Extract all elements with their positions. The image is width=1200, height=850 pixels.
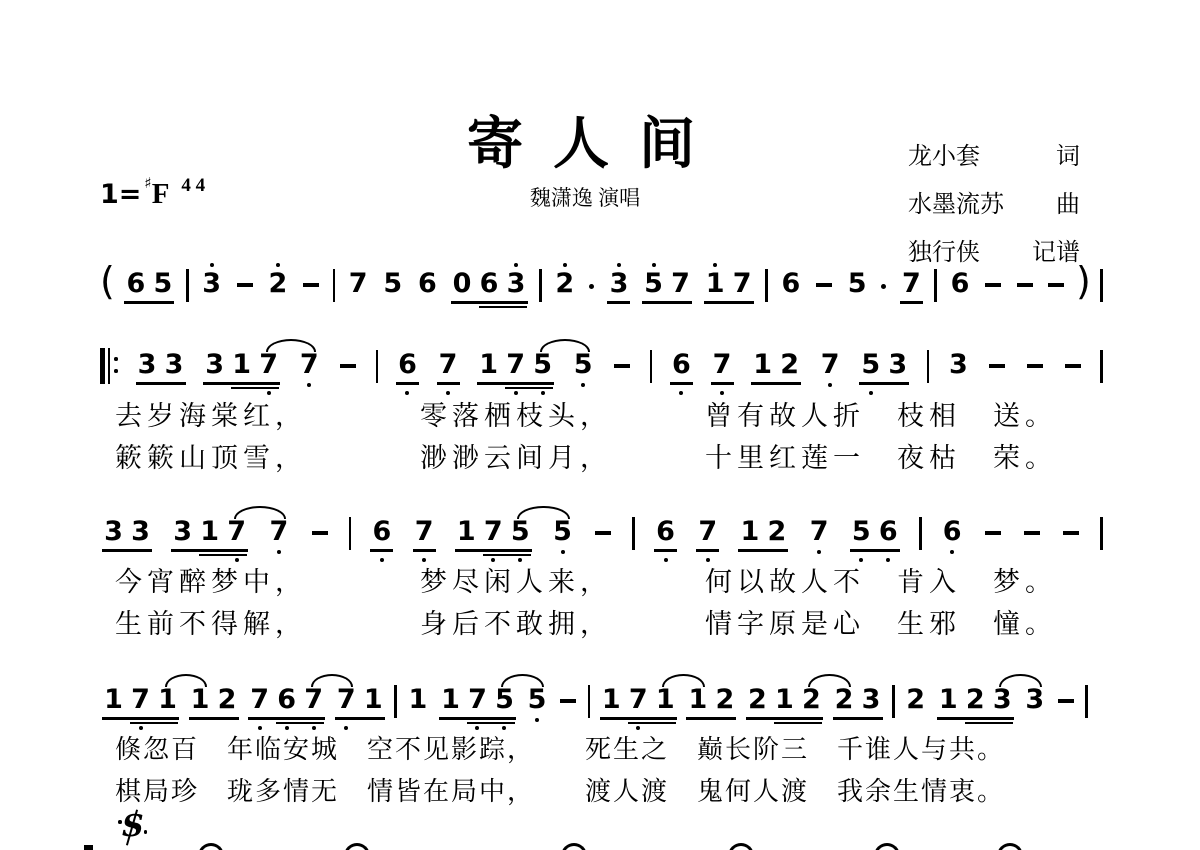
- octave-dot-high: [617, 263, 621, 267]
- next-line-fragment: [84, 845, 93, 850]
- meter-numerator: 4: [181, 175, 191, 196]
- eighth-underline: [102, 717, 179, 720]
- note-number: 5: [507, 519, 534, 545]
- eighth-underline: [642, 301, 692, 304]
- beam-group: 56: [848, 508, 902, 564]
- beam-group: 7: [411, 508, 438, 564]
- lyric-phrase: 生前不得解，: [115, 607, 307, 641]
- note-number: 2: [214, 687, 241, 713]
- meter-denominator: 4: [196, 175, 206, 196]
- beam-group: 33: [100, 508, 154, 564]
- beam-group: 6: [652, 508, 679, 564]
- note-number: 1: [100, 687, 127, 713]
- note-number: 5: [524, 687, 551, 713]
- note: 1: [749, 341, 776, 397]
- lyric-phrase: 棋局珍 珑多情无 情皆在局中，: [115, 775, 535, 809]
- lyric-phrase: 去岁海棠红，: [115, 399, 307, 433]
- sixteenth-underline: [505, 387, 553, 390]
- augmentation-dot: [586, 260, 598, 316]
- note-number: 2: [264, 271, 291, 297]
- octave-dot-low: [380, 558, 384, 562]
- segno-letter: S: [122, 810, 144, 844]
- lyric-phrase: 情字原是心 生邪 憧。: [705, 607, 1057, 641]
- note-number: 7: [411, 519, 438, 545]
- note-number: 1: [935, 687, 962, 713]
- sixteenth-underline: [479, 306, 527, 309]
- lyric-phrase: 渺渺云间月，: [420, 441, 612, 475]
- note-number: 7: [806, 519, 833, 545]
- eighth-underline: [711, 382, 734, 385]
- lyric-row-1: 去岁海棠红，零落栖枝头，曾有故人折 枝相 送。: [0, 399, 1200, 435]
- octave-dot-low: [267, 391, 271, 395]
- note-number: 7: [127, 687, 154, 713]
- octave-dot-low: [817, 550, 821, 554]
- duration-dash: [1044, 260, 1068, 316]
- note: 5: [844, 260, 871, 316]
- note-number: 5: [857, 352, 884, 378]
- next-line-fragment: [344, 843, 370, 850]
- notation-line-verse3: 171127677111755171122122321233: [100, 676, 1090, 732]
- eighth-underline: [670, 382, 693, 385]
- octave-dot-low: [235, 558, 239, 562]
- eighth-underline: [413, 549, 436, 552]
- note-number: 6: [875, 519, 902, 545]
- parenthesis: ): [1076, 261, 1091, 301]
- lyric-phrase: 十里红莲一 夜枯 荣。: [705, 441, 1057, 475]
- note-number: 1: [771, 687, 798, 713]
- note-number: 1: [598, 687, 625, 713]
- note-number: 7: [296, 352, 323, 378]
- note: 3: [134, 341, 161, 397]
- note-number: 3: [198, 271, 225, 297]
- note: 6: [947, 260, 974, 316]
- octave-dot-low: [475, 726, 479, 730]
- octave-dot-high: [276, 263, 280, 267]
- note-number: 7: [694, 519, 721, 545]
- note-number: 7: [255, 352, 282, 378]
- note: 1: [935, 676, 962, 732]
- octave-dot-low: [502, 726, 506, 730]
- octave-dot-low: [307, 383, 311, 387]
- segno-dot: [144, 830, 148, 834]
- beam-group: 17: [702, 260, 756, 316]
- beam-group: 3: [605, 260, 632, 316]
- note-number: 6: [122, 271, 149, 297]
- octave-dot-low: [285, 726, 289, 730]
- eighth-underline: [937, 717, 1014, 720]
- note: 7: [246, 676, 273, 732]
- eighth-underline: [607, 301, 630, 304]
- note-number: 5: [844, 271, 871, 297]
- sixteenth-underline: [628, 722, 676, 725]
- note: 3: [201, 341, 228, 397]
- note-number: 7: [625, 687, 652, 713]
- octave-dot-low: [139, 726, 143, 730]
- beam-group: 6: [668, 341, 695, 397]
- note-number: 5: [529, 352, 556, 378]
- eighth-underline: [203, 382, 280, 385]
- note-number: 7: [333, 687, 360, 713]
- note-number: 1: [702, 271, 729, 297]
- octave-dot-low: [405, 391, 409, 395]
- note-number: 7: [667, 271, 694, 297]
- octave-dot-high: [713, 263, 717, 267]
- eighth-underline: [437, 382, 460, 385]
- next-line-fragment: [874, 843, 900, 850]
- note-number: 3: [884, 352, 911, 378]
- note: 1: [475, 341, 502, 397]
- lyric-phrase: 零落栖枝头，: [420, 399, 612, 433]
- sixteenth-underline: [199, 554, 247, 557]
- note-number: 3: [201, 352, 228, 378]
- duration-dash: [981, 260, 1005, 316]
- barline: [588, 685, 591, 718]
- note: 2: [551, 260, 578, 316]
- sixteenth-underline: [130, 722, 178, 725]
- lyric-row-6: 棋局珍 珑多情无 情皆在局中，渡人渡 鬼何人渡 我余生情衷。: [0, 775, 1200, 811]
- duration-dash: [1020, 508, 1044, 564]
- note: 6: [652, 508, 679, 564]
- note: 1: [404, 676, 431, 732]
- note: 5: [848, 508, 875, 564]
- duration-dash: [591, 508, 615, 564]
- octave-dot-low: [581, 383, 585, 387]
- note-number: 7: [817, 352, 844, 378]
- note: 3: [858, 676, 885, 732]
- note: 1: [100, 676, 127, 732]
- note-number: 1: [652, 687, 679, 713]
- barline: [539, 269, 542, 302]
- octave-dot-low: [886, 558, 890, 562]
- composer-role: 曲: [1056, 184, 1080, 219]
- lyric-phrase: 曾有故人折 枝相 送。: [705, 399, 1057, 433]
- octave-dot-low: [277, 550, 281, 554]
- next-line-fragment: [198, 843, 224, 850]
- note-number: 1: [228, 352, 255, 378]
- key-time-signature: 1= ♯ F 4 4: [100, 178, 205, 212]
- note: 2: [763, 508, 790, 564]
- note: 6: [668, 341, 695, 397]
- barline: [394, 685, 397, 718]
- duration-dash: [812, 260, 836, 316]
- lyric-phrase: 今宵醉梦中，: [115, 565, 307, 599]
- note-number: 3: [100, 519, 127, 545]
- eighth-underline: [850, 549, 900, 552]
- lyric-phrase: 死生之 巅长阶三 千谁人与共。: [585, 733, 1005, 767]
- note-number: 7: [265, 519, 292, 545]
- note: 3: [169, 508, 196, 564]
- octave-dot-low: [446, 391, 450, 395]
- barline: [186, 269, 189, 302]
- eighth-underline: [704, 301, 754, 304]
- barline: [1085, 685, 1088, 718]
- octave-dot-low: [422, 558, 426, 562]
- octave-dot-low: [869, 391, 873, 395]
- eighth-underline: [900, 301, 923, 304]
- sixteenth-underline: [276, 722, 324, 725]
- note: 6: [939, 508, 966, 564]
- eighth-underline: [751, 382, 801, 385]
- beam-group: 7: [709, 341, 736, 397]
- octave-dot-high: [210, 263, 214, 267]
- note-number: 2: [831, 687, 858, 713]
- eighth-underline: [746, 717, 823, 720]
- note: 1: [360, 676, 387, 732]
- octave-dot-low: [636, 726, 640, 730]
- note: 7: [411, 508, 438, 564]
- note-number: 6: [668, 352, 695, 378]
- note: 2: [902, 676, 929, 732]
- note-number: 1: [453, 519, 480, 545]
- note-number: 3: [134, 352, 161, 378]
- note-number: 5: [549, 519, 576, 545]
- barline: [333, 269, 336, 302]
- eighth-underline: [370, 549, 393, 552]
- eighth-underline: [686, 717, 736, 720]
- note-number: 5: [491, 687, 518, 713]
- credit-composer: 水墨流苏 曲: [908, 184, 1080, 219]
- note-number: 1: [749, 352, 776, 378]
- segno-dot: [118, 820, 122, 824]
- note-number: 2: [763, 519, 790, 545]
- eighth-underline: [396, 382, 419, 385]
- barline: [376, 350, 379, 383]
- octave-dot-low: [859, 558, 863, 562]
- note: 6: [368, 508, 395, 564]
- note-number: 3: [858, 687, 885, 713]
- key-prefix: 1=: [100, 178, 141, 212]
- note-number: 1: [187, 687, 214, 713]
- sixteenth-underline: [467, 722, 515, 725]
- octave-dot-high: [652, 263, 656, 267]
- note-number: 3: [605, 271, 632, 297]
- eighth-underline: [455, 549, 532, 552]
- octave-dot-low: [541, 391, 545, 395]
- eighth-underline: [102, 549, 152, 552]
- duration-dash: [299, 260, 323, 316]
- eighth-underline: [696, 549, 719, 552]
- eighth-underline: [738, 549, 788, 552]
- beam-group: 65: [122, 260, 176, 316]
- lyric-row-2: 簌簌山顶雪，渺渺云间月，十里红莲一 夜枯 荣。: [0, 441, 1200, 477]
- octave-dot-low: [950, 550, 954, 554]
- beam-group: 6: [368, 508, 395, 564]
- barline: [632, 517, 635, 550]
- note: 3: [100, 508, 127, 564]
- note-number: 2: [551, 271, 578, 297]
- lyric-phrase: 身后不敢拥，: [420, 607, 612, 641]
- eighth-underline: [136, 382, 186, 385]
- note: 7: [898, 260, 925, 316]
- eighth-underline: [477, 382, 554, 385]
- sharp-icon: ♯: [144, 176, 151, 191]
- key-tonic: F: [152, 178, 170, 210]
- note: 7: [729, 260, 756, 316]
- duration-dash: [308, 508, 332, 564]
- note: 1: [598, 676, 625, 732]
- beam-group: 12: [749, 341, 803, 397]
- augmentation-dot: [878, 260, 890, 316]
- credits-block: 龙小套 词 水墨流苏 曲 独行侠 记谱: [908, 136, 1080, 280]
- duration-dash: [1061, 341, 1085, 397]
- barline: [919, 517, 922, 550]
- note-number: 3: [989, 687, 1016, 713]
- note-number: 3: [127, 519, 154, 545]
- sixteenth-underline: [483, 554, 531, 557]
- note: 1: [736, 508, 763, 564]
- note: 1: [437, 676, 464, 732]
- note: 6: [122, 260, 149, 316]
- octave-dot-low: [535, 718, 539, 722]
- eighth-underline: [600, 717, 677, 720]
- sheet-music-page: 寄 人 间 魏潇逸 演唱 龙小套 词 水墨流苏 曲 独行侠 记谱 1= ♯ F …: [0, 0, 1200, 850]
- octave-dot-low: [828, 383, 832, 387]
- note: 6: [414, 260, 441, 316]
- duration-dash: [1054, 676, 1078, 732]
- eighth-underline: [859, 382, 909, 385]
- note-number: 7: [464, 687, 491, 713]
- eighth-underline: [439, 717, 516, 720]
- note-number: 7: [246, 687, 273, 713]
- lyric-phrase: 梦尽闲人来，: [420, 565, 612, 599]
- octave-dot-low: [518, 558, 522, 562]
- note-number: 3: [161, 352, 188, 378]
- barline: [765, 269, 768, 302]
- note: 3: [605, 260, 632, 316]
- note-number: 1: [475, 352, 502, 378]
- note-number: 6: [939, 519, 966, 545]
- note-number: 7: [345, 271, 372, 297]
- repeat-thick-bar: [100, 348, 105, 384]
- lyric-phrase: 渡人渡 鬼何人渡 我余生情衷。: [585, 775, 1005, 809]
- repeat-start-sign: [100, 341, 120, 397]
- notation-line-verse1: 33317767175567127533: [100, 341, 1105, 397]
- note: 5: [640, 260, 667, 316]
- note-number: 7: [729, 271, 756, 297]
- barline: [934, 269, 937, 302]
- next-line-fragment: [997, 843, 1023, 850]
- barline: [1100, 517, 1103, 550]
- beam-group: 063: [449, 260, 530, 316]
- note: 2: [264, 260, 291, 316]
- note: 3: [161, 341, 188, 397]
- beam-group: 7: [694, 508, 721, 564]
- beam-group: 53: [857, 341, 911, 397]
- eighth-underline: [451, 301, 528, 304]
- note: 7: [667, 260, 694, 316]
- repeat-thin-bar: [108, 348, 110, 384]
- note-number: 7: [300, 687, 327, 713]
- note: 2: [214, 676, 241, 732]
- note: 1: [453, 508, 480, 564]
- note: 6: [394, 341, 421, 397]
- parenthesis: (: [100, 261, 115, 301]
- note: 7: [435, 341, 462, 397]
- lyric-row-3: 今宵醉梦中，梦尽闲人来，何以故人不 肯入 梦。: [0, 565, 1200, 601]
- octave-dot-low: [514, 391, 518, 395]
- note-number: 2: [962, 687, 989, 713]
- note-number: 6: [414, 271, 441, 297]
- note-number: 1: [154, 687, 181, 713]
- octave-dot-low: [561, 550, 565, 554]
- note: 7: [709, 341, 736, 397]
- note: 2: [711, 676, 738, 732]
- repeat-dot: [114, 369, 118, 373]
- eighth-underline: [654, 549, 677, 552]
- notation-line-verse2: 33317767175567127566: [100, 508, 1105, 564]
- note: 3: [198, 260, 225, 316]
- duration-dash: [985, 341, 1009, 397]
- note-number: 5: [848, 519, 875, 545]
- duration-dash: [556, 676, 580, 732]
- note-number: 6: [947, 271, 974, 297]
- note: 2: [776, 341, 803, 397]
- note-number: 3: [945, 352, 972, 378]
- composer-name: 水墨流苏: [908, 184, 1004, 219]
- lyric-phrase: 倏忽百 年临安城 空不见影踪，: [115, 733, 535, 767]
- time-signature: 4 4: [181, 177, 205, 194]
- next-line-fragment: [728, 843, 754, 850]
- barline: [927, 350, 930, 383]
- note-number: 1: [404, 687, 431, 713]
- note-number: 7: [480, 519, 507, 545]
- barline: [650, 350, 653, 383]
- note: 6: [875, 508, 902, 564]
- credit-lyricist: 龙小套 词: [908, 136, 1080, 171]
- note: 0: [449, 260, 476, 316]
- beam-group: 57: [640, 260, 694, 316]
- beam-group: 7: [898, 260, 925, 316]
- duration-dash: [336, 341, 360, 397]
- note-number: 6: [652, 519, 679, 545]
- duration-dash: [1059, 508, 1083, 564]
- next-line-fragment: [561, 843, 587, 850]
- note: 7: [806, 508, 833, 564]
- note: 3: [945, 341, 972, 397]
- beam-group: 7: [435, 341, 462, 397]
- note-number: 1: [437, 687, 464, 713]
- note-number: 7: [898, 271, 925, 297]
- note: 6: [777, 260, 804, 316]
- sixteenth-underline: [231, 387, 279, 390]
- note: 5: [149, 260, 176, 316]
- sixteenth-underline: [965, 722, 1013, 725]
- beam-group: 33: [134, 341, 188, 397]
- octave-dot-low: [679, 391, 683, 395]
- note-number: 1: [360, 687, 387, 713]
- eighth-underline: [124, 301, 174, 304]
- duration-dash: [233, 260, 257, 316]
- note-number: 1: [684, 687, 711, 713]
- octave-dot-low: [664, 558, 668, 562]
- lyric-phrase: 簌簌山顶雪，: [115, 441, 307, 475]
- sixteenth-underline: [774, 722, 822, 725]
- barline: [1100, 350, 1103, 383]
- barline: [892, 685, 895, 718]
- eighth-underline: [189, 717, 239, 720]
- note: 7: [345, 260, 372, 316]
- note: 3: [127, 508, 154, 564]
- eighth-underline: [335, 717, 385, 720]
- lyricist-role: 词: [1056, 136, 1080, 171]
- duration-dash: [1023, 341, 1047, 397]
- note-number: 0: [449, 271, 476, 297]
- note-number: 6: [368, 519, 395, 545]
- note-number: 2: [744, 687, 771, 713]
- segno-icon: S: [120, 810, 144, 846]
- note-number: 5: [149, 271, 176, 297]
- lyric-phrase: 何以故人不 肯入 梦。: [705, 565, 1057, 599]
